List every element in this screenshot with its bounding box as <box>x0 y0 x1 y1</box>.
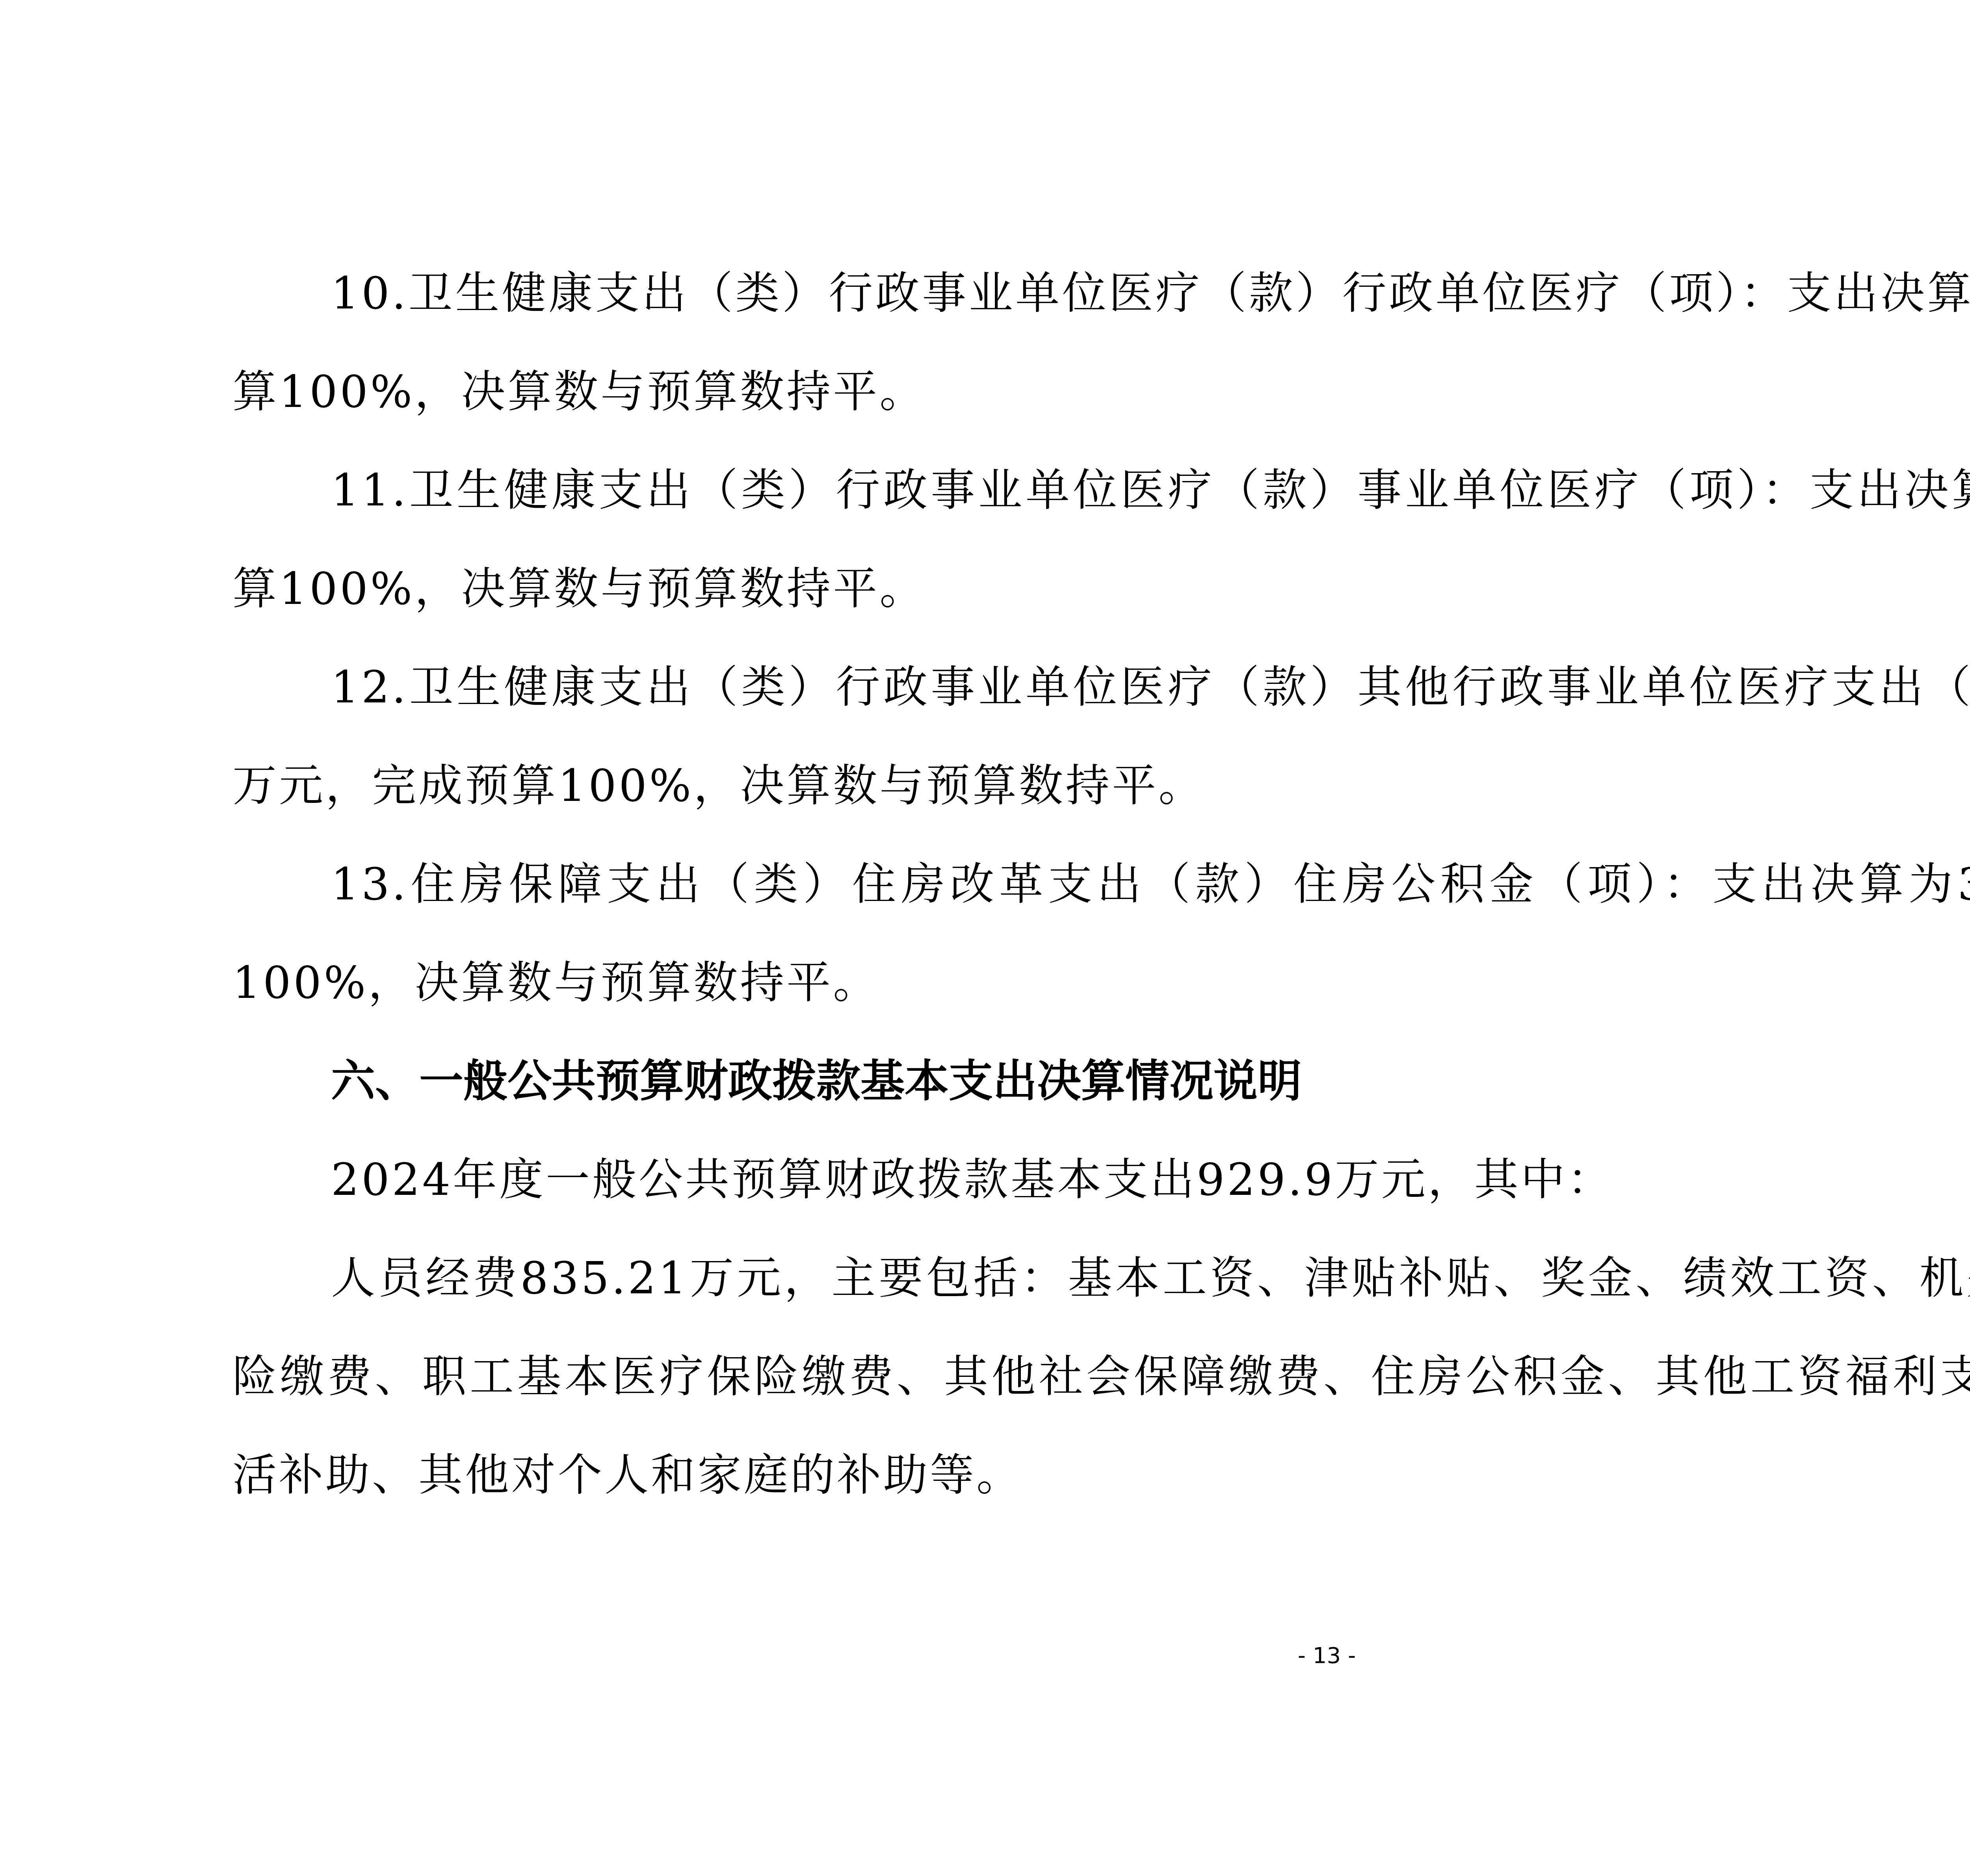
section-heading: 六、一般公共预算财政拨款基本支出决算情况说明 <box>232 1032 1970 1131</box>
item-10-paragraph: 10.卫生健康支出（类）行政事业单位医疗（款）行政单位医疗（项）：支出决算为13… <box>232 244 1970 441</box>
item-11-paragraph: 11.卫生健康支出（类）行政事业单位医疗（款）事业单位医疗（项）：支出决算为2.… <box>232 441 1970 638</box>
personnel-paragraph: 人员经费835.21万元，主要包括：基本工资、津贴补贴、奖金、绩效工资、机关事业… <box>232 1229 1970 1525</box>
document-body: 10.卫生健康支出（类）行政事业单位医疗（款）行政单位医疗（项）：支出决算为13… <box>232 244 1970 1525</box>
page-number: - 13 - <box>0 1643 1970 1668</box>
item-12-paragraph: 12.卫生健康支出（类）行政事业单位医疗（款）其他行政事业单位医疗支出（项）：支… <box>232 638 1970 835</box>
document-page: 10.卫生健康支出（类）行政事业单位医疗（款）行政单位医疗（项）：支出决算为13… <box>0 0 1970 1876</box>
item-13-paragraph: 13.住房保障支出（类）住房改革支出（款）住房公积金（项）：支出决算为34.06… <box>232 835 1970 1032</box>
summary-paragraph: 2024年度一般公共预算财政拨款基本支出929.9万元，其中： <box>232 1131 1970 1229</box>
